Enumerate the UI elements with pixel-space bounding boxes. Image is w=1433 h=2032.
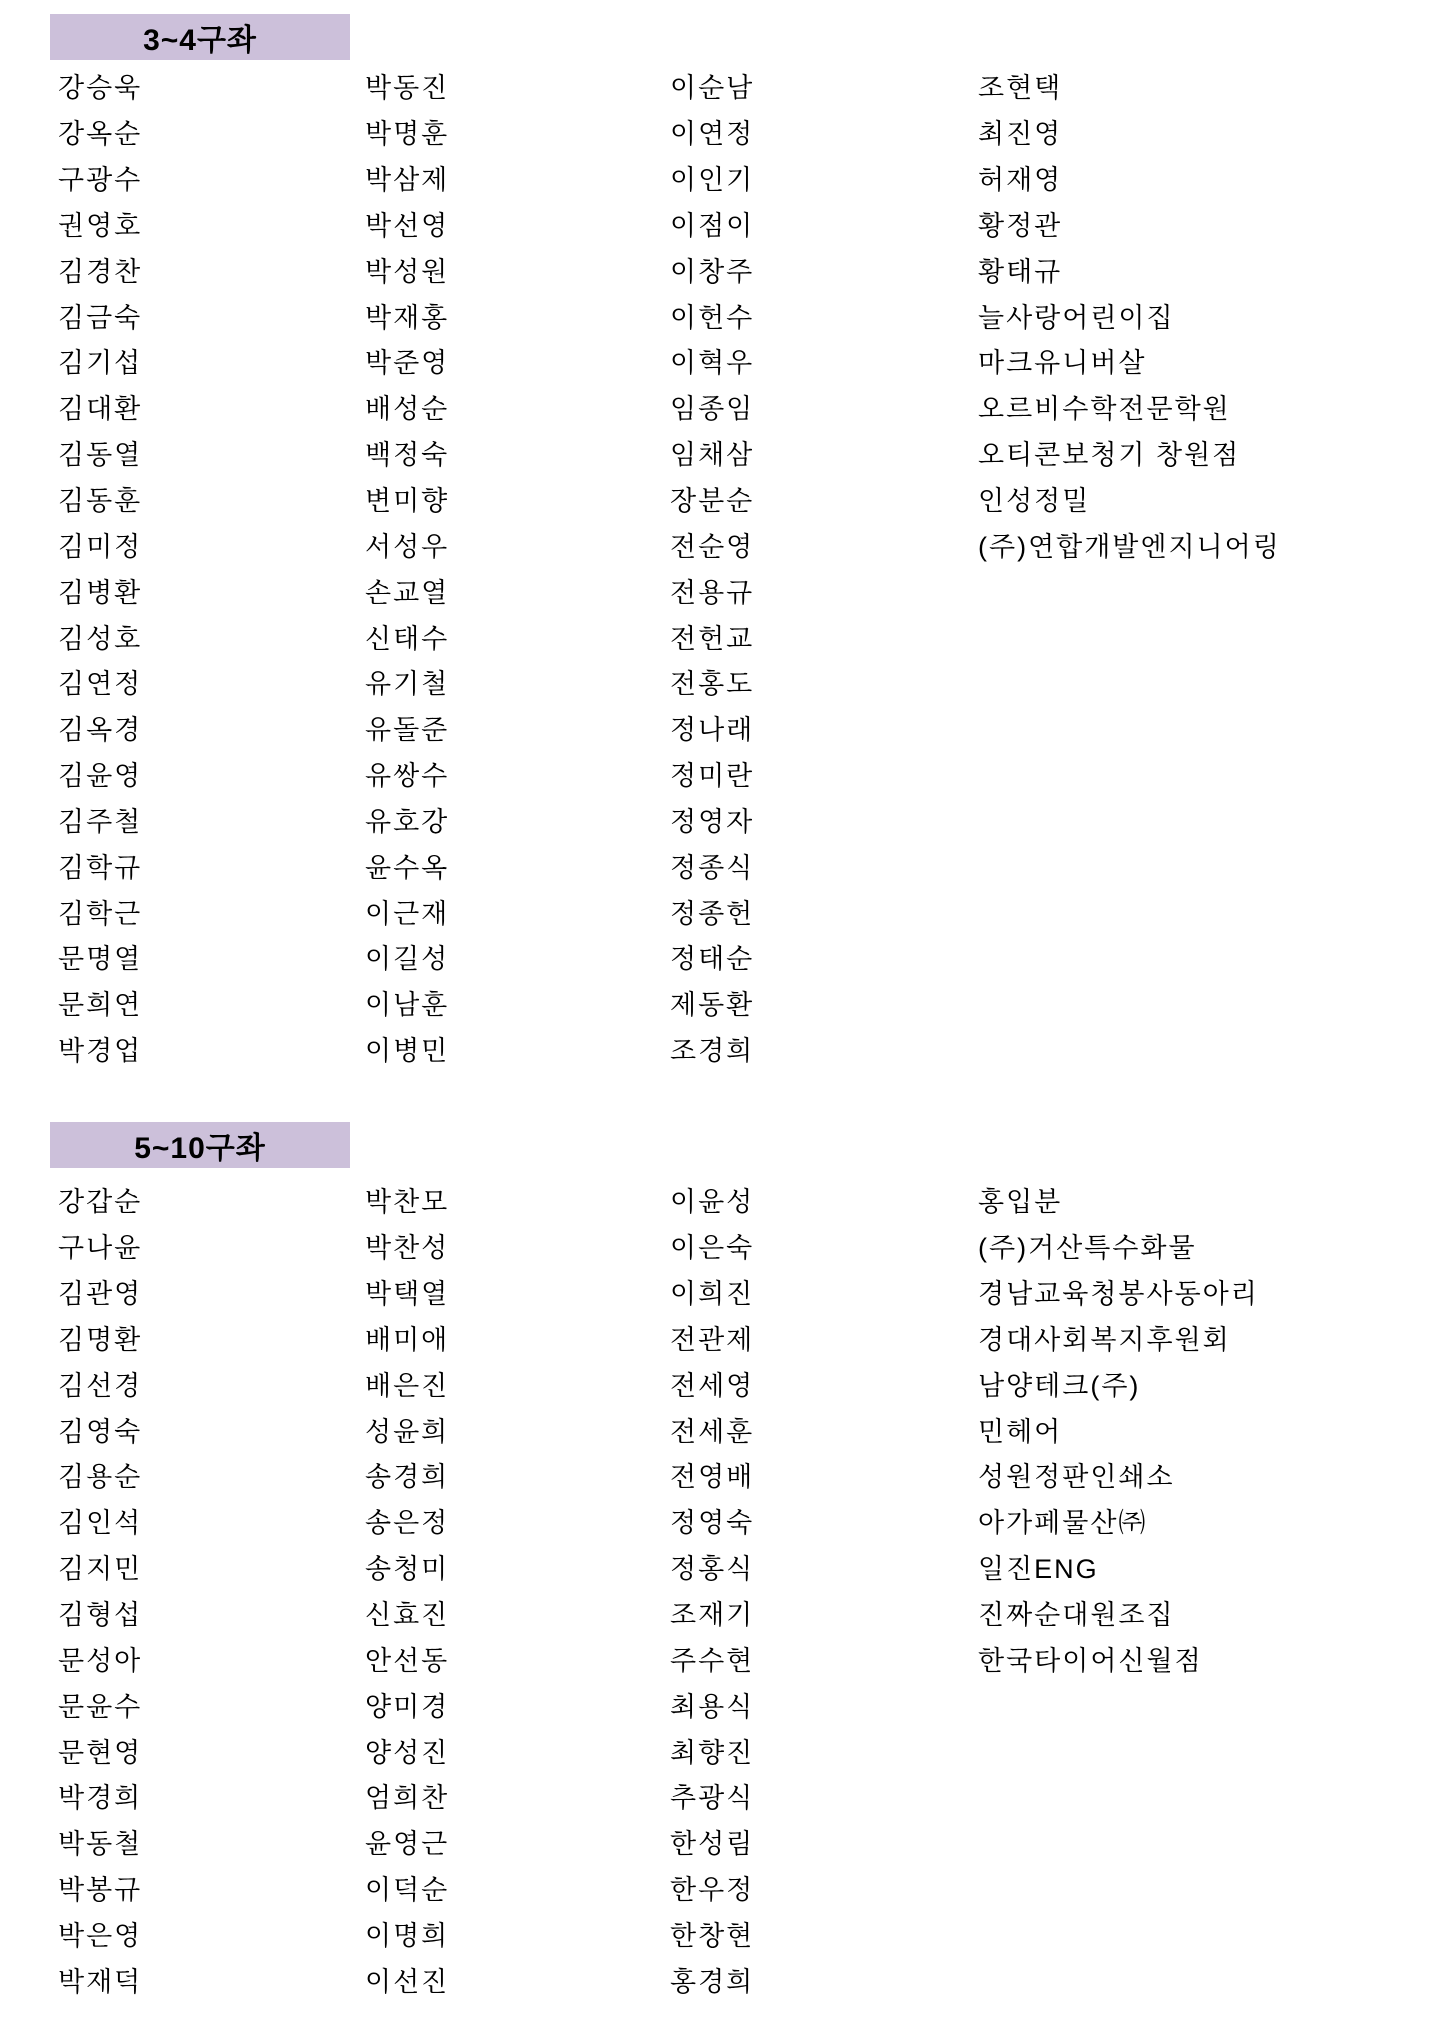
section-1-column-4: 조현택최진영허재영황정관황태규늘사랑어린이집마크유니버살오르비수학전문학원오티콘… [978,63,1281,567]
list-item: 최향진 [670,1727,754,1773]
list-item: 조현택 [978,63,1281,109]
list-item: 조재기 [670,1590,754,1636]
donor-list-page: 3~4구좌강승욱강옥순구광수권영호김경찬김금숙김기섭김대환김동열김동훈김미정김병… [0,0,1433,2032]
list-item: 백정숙 [365,430,449,476]
list-item: 이남훈 [365,980,449,1026]
list-item: 경남교육청봉사동아리 [978,1269,1259,1315]
list-item: 한우정 [670,1865,754,1911]
list-item: 박찬모 [365,1177,449,1223]
list-item: 박동철 [58,1819,142,1865]
list-item: 박준영 [365,338,449,384]
list-item: 박경희 [58,1773,142,1819]
list-item: 박재덕 [58,1956,142,2002]
list-item: 유기철 [365,659,449,705]
list-item: 정태순 [670,934,754,980]
list-item: 제동환 [670,980,754,1026]
list-item: (주)거산특수화물 [978,1223,1259,1269]
list-item: 배은진 [365,1360,449,1406]
list-item: 오르비수학전문학원 [978,384,1281,430]
list-item: 김성호 [58,613,142,659]
list-item: 김금숙 [58,292,142,338]
list-item: 김형섭 [58,1590,142,1636]
list-item: 강승욱 [58,63,142,109]
list-item: 정나래 [670,705,754,751]
list-item: 이연정 [670,109,754,155]
section-2-column-3: 이윤성이은숙이희진전관제전세영전세훈전영배정영숙정홍식조재기주수현최용식최향진추… [670,1177,754,2002]
list-item: 신태수 [365,613,449,659]
list-item: 유쌍수 [365,751,449,797]
list-item: 서성우 [365,521,449,567]
list-item: 김관영 [58,1269,142,1315]
section-header: 3~4구좌 [50,14,350,60]
list-item: 전세영 [670,1360,754,1406]
list-item: 김학근 [58,888,142,934]
list-item: 김주철 [58,797,142,843]
list-item: 박재홍 [365,292,449,338]
list-item: 한성림 [670,1819,754,1865]
list-item: 김대환 [58,384,142,430]
list-item: 김용순 [58,1452,142,1498]
list-item: 박삼제 [365,155,449,201]
list-item: 문성아 [58,1635,142,1681]
section-header: 5~10구좌 [50,1122,350,1168]
list-item: 김병환 [58,567,142,613]
list-item: 이순남 [670,63,754,109]
list-item: 전헌교 [670,613,754,659]
list-item: 유돌준 [365,705,449,751]
section-2-column-2: 박찬모박찬성박택열배미애배은진성윤희송경희송은정송청미신효진안선동양미경양성진엄… [365,1177,449,2002]
list-item: 김지민 [58,1544,142,1590]
list-item: 박성원 [365,246,449,292]
list-item: 김기섭 [58,338,142,384]
list-item: 늘사랑어린이집 [978,292,1281,338]
list-item: 박은영 [58,1911,142,1957]
list-item: 전세훈 [670,1406,754,1452]
section-2-column-1: 강갑순구나윤김관영김명환김선경김영숙김용순김인석김지민김형섭문성아문윤수문현영박… [58,1177,142,2002]
list-item: 이점이 [670,201,754,247]
list-item: 박명훈 [365,109,449,155]
list-item: 이명희 [365,1911,449,1957]
list-item: 민헤어 [978,1406,1259,1452]
list-item: 박찬성 [365,1223,449,1269]
list-item: 구나윤 [58,1223,142,1269]
list-item: 송청미 [365,1544,449,1590]
list-item: 김선경 [58,1360,142,1406]
list-item: 박선영 [365,201,449,247]
list-item: 이인기 [670,155,754,201]
list-item: 이길성 [365,934,449,980]
list-item: (주)연합개발엔지니어링 [978,521,1281,567]
list-item: 성원정판인쇄소 [978,1452,1259,1498]
list-item: 양성진 [365,1727,449,1773]
list-item: 추광식 [670,1773,754,1819]
list-item: 양미경 [365,1681,449,1727]
list-item: 이윤성 [670,1177,754,1223]
list-item: 문윤수 [58,1681,142,1727]
list-item: 김윤영 [58,751,142,797]
list-item: 전순영 [670,521,754,567]
list-item: 박택열 [365,1269,449,1315]
list-item: 정미란 [670,751,754,797]
list-item: 오티콘보청기 창원점 [978,430,1281,476]
list-item: 이덕순 [365,1865,449,1911]
list-item: 이은숙 [670,1223,754,1269]
list-item: 안선동 [365,1635,449,1681]
list-item: 유호강 [365,797,449,843]
list-item: 송경희 [365,1452,449,1498]
list-item: 남양테크(주) [978,1360,1259,1406]
list-item: 전영배 [670,1452,754,1498]
list-item: 신효진 [365,1590,449,1636]
list-item: 한국타이어신월점 [978,1635,1259,1681]
section-2-column-4: 홍입분(주)거산특수화물경남교육청봉사동아리경대사회복지후원회남양테크(주)민헤… [978,1177,1259,1681]
list-item: 권영호 [58,201,142,247]
list-item: 이근재 [365,888,449,934]
list-item: 최용식 [670,1681,754,1727]
list-item: 김연정 [58,659,142,705]
list-item: 임채삼 [670,430,754,476]
list-item: 윤영근 [365,1819,449,1865]
list-item: 최진영 [978,109,1281,155]
list-item: 정영숙 [670,1498,754,1544]
list-item: 조경희 [670,1026,754,1072]
list-item: 김동훈 [58,476,142,522]
section-1-column-1: 강승욱강옥순구광수권영호김경찬김금숙김기섭김대환김동열김동훈김미정김병환김성호김… [58,63,142,1072]
list-item: 박봉규 [58,1865,142,1911]
list-item: 김인석 [58,1498,142,1544]
list-item: 김학규 [58,842,142,888]
list-item: 전관제 [670,1315,754,1361]
list-item: 이혁우 [670,338,754,384]
list-item: 구광수 [58,155,142,201]
list-item: 황태규 [978,246,1281,292]
list-item: 아가페물산㈜ [978,1498,1259,1544]
list-item: 이헌수 [670,292,754,338]
list-item: 임종임 [670,384,754,430]
list-item: 김명환 [58,1315,142,1361]
list-item: 윤수옥 [365,842,449,888]
section-1-column-3: 이순남이연정이인기이점이이창주이헌수이혁우임종임임채삼장분순전순영전용규전헌교전… [670,63,754,1072]
list-item: 허재영 [978,155,1281,201]
list-item: 진짜순대원조집 [978,1590,1259,1636]
list-item: 경대사회복지후원회 [978,1315,1259,1361]
list-item: 한창현 [670,1911,754,1957]
list-item: 김미정 [58,521,142,567]
list-item: 일진ENG [978,1544,1259,1590]
list-item: 엄희찬 [365,1773,449,1819]
list-item: 문현영 [58,1727,142,1773]
list-item: 전홍도 [670,659,754,705]
list-item: 김경찬 [58,246,142,292]
section-1-column-2: 박동진박명훈박삼제박선영박성원박재홍박준영배성순백정숙변미향서성우손교열신태수유… [365,63,449,1072]
list-item: 전용규 [670,567,754,613]
list-item: 문명열 [58,934,142,980]
list-item: 변미향 [365,476,449,522]
list-item: 정종헌 [670,888,754,934]
list-item: 황정관 [978,201,1281,247]
list-item: 마크유니버살 [978,338,1281,384]
list-item: 강옥순 [58,109,142,155]
list-item: 김동열 [58,430,142,476]
list-item: 문희연 [58,980,142,1026]
list-item: 박동진 [365,63,449,109]
list-item: 인성정밀 [978,476,1281,522]
list-item: 홍입분 [978,1177,1259,1223]
list-item: 김옥경 [58,705,142,751]
list-item: 배성순 [365,384,449,430]
list-item: 배미애 [365,1315,449,1361]
list-item: 이창주 [670,246,754,292]
list-item: 정영자 [670,797,754,843]
list-item: 정종식 [670,842,754,888]
list-item: 성윤희 [365,1406,449,1452]
list-item: 박경업 [58,1026,142,1072]
list-item: 이선진 [365,1956,449,2002]
list-item: 손교열 [365,567,449,613]
list-item: 홍경희 [670,1956,754,2002]
list-item: 정홍식 [670,1544,754,1590]
list-item: 강갑순 [58,1177,142,1223]
list-item: 이병민 [365,1026,449,1072]
list-item: 송은정 [365,1498,449,1544]
list-item: 김영숙 [58,1406,142,1452]
list-item: 주수현 [670,1635,754,1681]
list-item: 장분순 [670,476,754,522]
list-item: 이희진 [670,1269,754,1315]
